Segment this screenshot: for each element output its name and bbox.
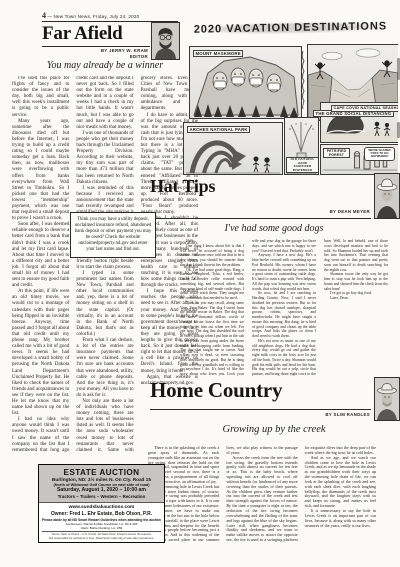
ad-body: www.sundsbakauctions.com Owner: Fred L. … (39, 503, 164, 543)
speech-bubble: WE'RE SCARED STIFF TO GO ANYWHERE! (364, 147, 395, 161)
paragraph: Later, Dean (324, 296, 388, 301)
cartoon-panel-mount-maskmore: MOUNT MASKMORE (189, 46, 302, 119)
home-country-byline: BY SLIM RANDLES (252, 412, 370, 418)
far-afield-section-title: Far Afield (42, 23, 123, 44)
hat-tips-section-title: Hat Tips (150, 176, 215, 197)
pull-quote: Think you may have a utility deposit, un… (70, 212, 156, 258)
scan-edge-mark (397, 122, 400, 138)
hat-tips-byline: BY DEAN MEYER (252, 209, 370, 215)
home-country-rule (150, 409, 371, 410)
ad-categories: Tractors – Trailers – Western – Recreati… (40, 494, 163, 500)
estate-auction-ad: ESTATE AUCTION Burlington, ND: 2½ miles … (38, 464, 165, 543)
panel-caption: OLD FAITHFUL HAND SANITIZER DISPENSER (286, 157, 319, 173)
ad-terms: Terms: Cash or Check – U.S. Funds. All S… (42, 531, 161, 540)
jerry-kram-photo (151, 22, 180, 60)
paragraph: It is unnecessary to say the hole in Lew… (305, 509, 376, 528)
paragraph: At this point, if life were an old timey… (12, 289, 69, 417)
hat-tips-body: Hello,One thing I know about life is tha… (180, 239, 388, 380)
paragraph: I was one of thousands of people who get… (76, 131, 133, 186)
ad-title: ESTATE AUCTION (40, 468, 163, 477)
panel-caption: MOUNT MASKMORE (193, 50, 243, 57)
edition-line: — New Town News, Friday, July 24, 2020 (47, 14, 139, 19)
panel-caption: PETRIFIED FOREST (323, 148, 350, 158)
ad-terms-line2: Not responsible for accidents or loss. S… (42, 537, 161, 541)
paragraph: And as we age, and we watch our children… (305, 456, 376, 509)
scan-edge-mark (397, 58, 400, 80)
home-country-body: There is in the splashing of the creek a… (148, 446, 376, 552)
paragraph: I typed in some prominent last names fro… (76, 271, 133, 338)
folio: 4— New Town News, Friday, July 24, 2020 (42, 11, 139, 20)
portrait-man-beard-glasses-icon (152, 23, 179, 59)
newspaper-page: 4— New Town News, Friday, July 24, 2020 … (0, 0, 400, 567)
panel-caption: ARCHES NATIONAL PARK (187, 126, 250, 133)
far-afield-byline: BY JERRY W. KRAM EDITOR (58, 48, 148, 60)
paragraph: Many years ago, sometime after the dinos… (12, 119, 69, 223)
ad-owner: Owner: Fred L. Ehr Estate, Bob Olson, P.… (40, 511, 163, 518)
panel-caption: CAPE COVID NATIONAL SEASHORE (331, 105, 398, 112)
far-afield-headline: You may already be a winner (20, 60, 190, 71)
hat-tips-rule (150, 218, 371, 219)
cartoon-panel-arches: ARCHES NATIONAL PARK (183, 122, 283, 175)
cartoon-title: 2020 VACATION DESTINATIONS (191, 20, 390, 35)
paragraph: I've used this place for flights of fanc… (12, 76, 69, 119)
ad-location: Burlington, ND: 2½ miles N. On Cty. Road… (40, 477, 163, 483)
ad-datetime: Saturday, August 1, 2020 – 10:00 am (40, 487, 163, 494)
paragraph: From what I can deduce, a lot of the ent… (76, 338, 133, 399)
hat-tips-headline: I've had some good dogs (150, 223, 398, 234)
dean-meyer-photo (374, 173, 400, 219)
far-afield-headline-rule (42, 46, 150, 47)
ad-header: ESTATE AUCTION Burlington, ND: 2½ miles … (39, 465, 164, 503)
slim-randles-photo (374, 377, 400, 421)
portrait-man-cowboy-hat-icon (375, 174, 399, 218)
mount-rushmore-masks-icon (190, 47, 301, 118)
cartoon-panel-cape-covid: CAPE COVID NATIONAL SEASHORE (320, 102, 398, 143)
cartoonist-signature (300, 49, 306, 111)
paragraph: One thing I know about life is that I wi… (180, 244, 244, 268)
editorial-cartoon: 2020 VACATION DESTINATIONS (183, 15, 398, 175)
paragraph: So now, he and I are ranching in Harding… (252, 291, 316, 339)
ad-clerk: Clerk: BoDe Clerking, Lic. 289 (40, 526, 163, 530)
paragraph: Ok, I've had some good dogs. King, a Ger… (180, 268, 244, 301)
paragraph: Soon after, I was deemed reliable enough… (12, 222, 69, 289)
paragraph: Shannon swore the only way he got him to… (324, 272, 388, 291)
page-number: 4 (42, 11, 46, 20)
cartoon-panel-petrified-forest: PETRIFIED FOREST WE'RE SCARED STIFF TO G… (320, 144, 398, 175)
portrait-man-hat-beard-icon (375, 378, 399, 420)
paragraph: Anyway, I have a new dog. He's a blue he… (252, 253, 316, 291)
cartoon-panel-old-faithful: OLD FAITHFUL HAND SANITIZER DISPENSER (284, 117, 319, 175)
home-country-headline: Growing up by the creek (150, 424, 398, 435)
home-country-section-title: Home Country (150, 378, 282, 402)
